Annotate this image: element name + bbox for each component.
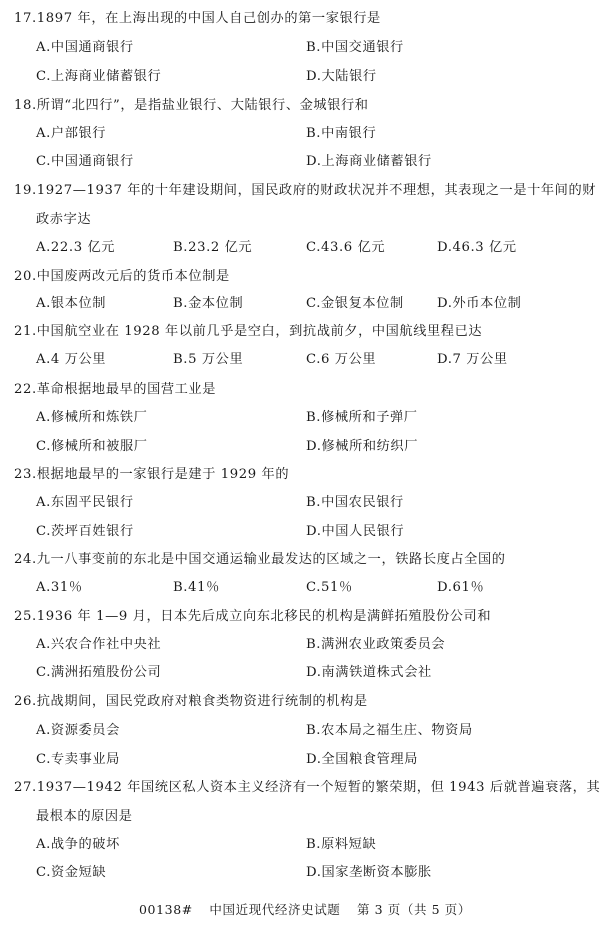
question-17-stem: 17.1897 年，在上海出现的中国人自己创办的第一家银行是 bbox=[14, 9, 381, 29]
question-26-option-b: B.农本局之福生庄、物资局 bbox=[306, 721, 473, 741]
question-18-option-c: C.中国通商银行 bbox=[36, 152, 134, 172]
question-21-option-c: C.6 万公里 bbox=[306, 350, 376, 370]
question-21-option-d: D.7 万公里 bbox=[437, 350, 508, 370]
question-26-option-d: D.全国粮食管理局 bbox=[306, 750, 418, 770]
question-24-stem: 24.九一八事变前的东北是中国交通运输业最发达的区域之一，铁路长度占全国的 bbox=[14, 550, 506, 570]
question-19-option-b: B.23.2 亿元 bbox=[173, 238, 252, 258]
page-number: 第 3 页（共 5 页） bbox=[357, 902, 471, 917]
question-17-option-a: A.中国通商银行 bbox=[36, 38, 134, 58]
question-23-option-c: C.茨坪百姓银行 bbox=[36, 522, 134, 542]
question-22-stem: 22.革命根据地最早的国营工业是 bbox=[14, 380, 216, 400]
question-21-option-a: A.4 万公里 bbox=[36, 350, 106, 370]
question-27-stem-continued: 最根本的原因是 bbox=[36, 807, 133, 827]
question-20-option-a: A.银本位制 bbox=[36, 294, 106, 314]
question-23-option-a: A.东固平民银行 bbox=[36, 493, 134, 513]
question-25-option-d: D.南满铁道株式会社 bbox=[306, 663, 432, 683]
question-22-option-c: C.修械所和被服厂 bbox=[36, 437, 148, 457]
page-footer: 00138# 中国近现代经济史试题 第 3 页（共 5 页） bbox=[0, 900, 610, 918]
question-19-option-d: D.46.3 亿元 bbox=[437, 238, 517, 258]
question-18-option-d: D.上海商业储蓄银行 bbox=[306, 152, 432, 172]
question-27-option-a: A.战争的破坏 bbox=[36, 835, 120, 855]
question-19-option-a: A.22.3 亿元 bbox=[36, 238, 115, 258]
question-18-stem: 18.所谓“北四行”，是指盐业银行、大陆银行、金城银行和 bbox=[14, 96, 369, 116]
question-17-option-c: C.上海商业储蓄银行 bbox=[36, 67, 161, 87]
question-20-option-c: C.金银复本位制 bbox=[306, 294, 404, 314]
question-18-option-b: B.中南银行 bbox=[306, 124, 376, 144]
question-21-option-b: B.5 万公里 bbox=[173, 350, 243, 370]
question-22-option-a: A.修械所和炼铁厂 bbox=[36, 408, 147, 428]
question-22-option-b: B.修械所和子弹厂 bbox=[306, 408, 418, 428]
question-19-stem-continued: 政赤字达 bbox=[36, 210, 91, 230]
question-27-option-d: D.国家垄断资本膨胀 bbox=[306, 863, 432, 883]
question-23-option-d: D.中国人民银行 bbox=[306, 522, 404, 542]
question-26-stem: 26.抗战期间，国民党政府对粮食类物资进行统制的机构是 bbox=[14, 692, 368, 712]
question-23-option-b: B.中国农民银行 bbox=[306, 493, 404, 513]
question-23-stem: 23.根据地最早的一家银行是建于 1929 年的 bbox=[14, 465, 289, 485]
question-25-option-b: B.满洲农业政策委员会 bbox=[306, 635, 445, 655]
question-24-option-c: C.51％ bbox=[306, 578, 353, 598]
question-26-option-c: C.专卖事业局 bbox=[36, 750, 120, 770]
question-20-stem: 20.中国废两改元后的货币本位制是 bbox=[14, 267, 230, 287]
question-20-option-d: D.外币本位制 bbox=[437, 294, 521, 314]
question-19-stem: 19.1927—1937 年的十年建设期间，国民政府的财政状况并不理想，其表现之… bbox=[14, 181, 596, 201]
question-25-option-a: A.兴农合作社中央社 bbox=[36, 635, 161, 655]
question-17-option-b: B.中国交通银行 bbox=[306, 38, 404, 58]
question-24-option-a: A.31％ bbox=[36, 578, 83, 598]
question-27-option-b: B.原料短缺 bbox=[306, 835, 376, 855]
question-18-option-a: A.户部银行 bbox=[36, 124, 106, 144]
question-27-option-c: C.资金短缺 bbox=[36, 863, 106, 883]
question-21-stem: 21.中国航空业在 1928 年以前几乎是空白，到抗战前夕，中国航线里程已达 bbox=[14, 322, 482, 342]
exam-code: 00138# bbox=[139, 902, 193, 917]
question-27-stem: 27.1937—1942 年国统区私人资本主义经济有一个短暂的繁荣期，但 194… bbox=[14, 778, 600, 798]
question-25-option-c: C.满洲拓殖股份公司 bbox=[36, 663, 161, 683]
question-17-option-d: D.大陆银行 bbox=[306, 67, 377, 87]
question-24-option-b: B.41％ bbox=[173, 578, 220, 598]
question-20-option-b: B.金本位制 bbox=[173, 294, 243, 314]
question-26-option-a: A.资源委员会 bbox=[36, 721, 120, 741]
question-25-stem: 25.1936 年 1—9 月，日本先后成立向东北移民的机构是满鲜拓殖股份公司和 bbox=[14, 607, 491, 627]
question-19-option-c: C.43.6 亿元 bbox=[306, 238, 385, 258]
question-24-option-d: D.61％ bbox=[437, 578, 484, 598]
exam-title: 中国近现代经济史试题 bbox=[209, 902, 340, 917]
question-22-option-d: D.修械所和纺织厂 bbox=[306, 437, 418, 457]
